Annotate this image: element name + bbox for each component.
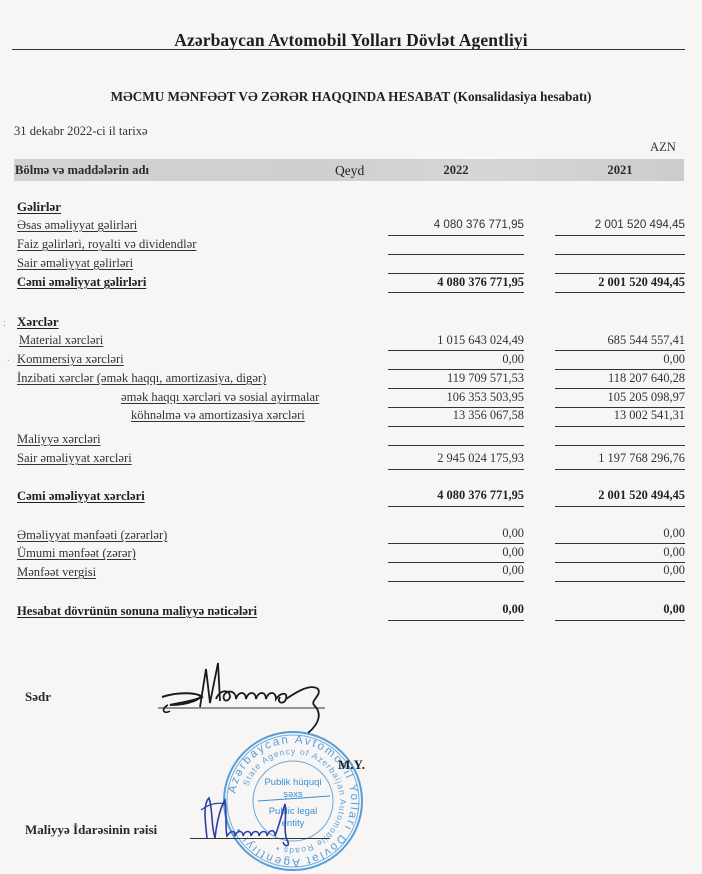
underline (388, 254, 524, 255)
title-divider (12, 49, 685, 50)
organization-title: Azərbaycan Avtomobil Yolları Dövlət Agen… (0, 30, 702, 51)
column-header-note: Qeyd (335, 163, 364, 179)
value-2022: 1 015 643 024,49 (388, 333, 524, 348)
chairman-label: Sədr (25, 689, 51, 705)
chairman-signature (150, 655, 340, 735)
underline (555, 581, 685, 582)
value-2022: 2 945 024 175,93 (388, 451, 524, 466)
finance-head-label: Maliyyə İdarəsinin rəisi (25, 822, 157, 838)
row-label: İnzibati xərclər (əmək haqqı, amortizasi… (17, 371, 266, 386)
section-heading-income: Gəlirlər (17, 199, 61, 215)
value-2022: 4 080 376 771,95 (388, 488, 524, 503)
value-2021: 105 205 098,97 (555, 390, 685, 405)
section-heading-expenses: Xərclər (17, 314, 59, 330)
underline (555, 273, 685, 274)
row-label: Sair əməliyyat gəlirləri (17, 256, 133, 271)
value-2021: 2 001 520 494,45 (555, 488, 685, 503)
row-label: Cəmi əməliyyat xərcləri (17, 489, 145, 504)
underline (555, 388, 685, 389)
column-header-2021: 2021 (555, 163, 685, 178)
row-label: əmək haqqı xərcləri və sosial ayirmalar (121, 390, 319, 405)
underline (555, 543, 685, 544)
underline (388, 426, 524, 427)
row-label: Maliyyə xərcləri (17, 432, 101, 447)
underline (388, 388, 524, 389)
row-label: köhnəlmə və amortizasiya xərcləri (131, 408, 305, 423)
value-2022: 13 356 067,58 (388, 408, 524, 423)
value-2021: 0,00 (555, 563, 685, 578)
value-2022: 4 080 376 771,95 (388, 275, 524, 290)
value-2021: 13 002 541,31 (555, 408, 685, 423)
underline (555, 426, 685, 427)
stamp-text-line1: Publik hüquqi (264, 777, 321, 788)
value-2022: 0,00 (388, 563, 524, 578)
underline (388, 350, 524, 351)
value-2022: 119 709 571,53 (388, 371, 524, 386)
column-header-name: Bölmə və maddələrin adı (15, 163, 149, 178)
underline (388, 235, 524, 236)
underline (388, 369, 524, 370)
row-label: Ümumi mənfəət (zərər) (17, 546, 136, 561)
value-2022: 4 080 376 771,95 (388, 218, 524, 231)
value-2022: 0,00 (388, 602, 524, 617)
underline (388, 445, 524, 446)
row-label: Cəmi əməliyyat gəlirləri (17, 275, 146, 290)
underline (388, 273, 524, 274)
value-2021: 0,00 (555, 352, 685, 367)
underline (388, 620, 524, 621)
value-2022: 106 353 503,95 (388, 390, 524, 405)
underline (555, 620, 685, 621)
currency-label: AZN (650, 140, 676, 155)
row-label: Əsas əməliyyat gəlirləri (17, 218, 137, 233)
report-title: MƏCMU MƏNFƏƏT VƏ ZƏRƏR HAQQINDA HESABAT … (0, 89, 702, 105)
value-2021: 685 544 557,41 (555, 333, 685, 348)
row-label: Sair əməliyyat xərcləri (17, 451, 132, 466)
underline (388, 506, 524, 507)
underline (555, 445, 685, 446)
margin-mark: . (7, 353, 10, 364)
value-2021: 2 001 520 494,45 (555, 275, 685, 290)
underline (555, 254, 685, 255)
underline (388, 469, 524, 470)
row-label: Material xərcləri (19, 333, 103, 348)
value-2022: 0,00 (388, 526, 524, 541)
underline (388, 543, 524, 544)
underline (555, 235, 685, 236)
value-2021: 1 197 768 296,76 (555, 451, 685, 466)
row-label: Əməliyyat mənfəəti (zərərlər) (17, 528, 167, 543)
row-label: Faiz gəlirləri, royalti və dividendlər (17, 237, 196, 252)
value-2021: 0,00 (555, 526, 685, 541)
underline (555, 350, 685, 351)
row-label: Hesabat dövrünün sonuna maliyyə nəticələ… (17, 604, 257, 619)
finance-head-signature (195, 790, 305, 850)
report-date: 31 dekabr 2022-ci il tarixə (14, 124, 148, 139)
column-header-2022: 2022 (388, 163, 524, 178)
value-2021: 2 001 520 494,45 (555, 218, 685, 231)
underline (555, 506, 685, 507)
seal-label: M.Y. (338, 757, 365, 773)
margin-mark: : (3, 318, 6, 329)
row-label: Mənfəət vergisi (17, 565, 96, 580)
value-2021: 0,00 (555, 602, 685, 617)
underline (555, 292, 685, 293)
value-2022: 0,00 (388, 352, 524, 367)
value-2022: 0,00 (388, 545, 524, 560)
underline (388, 581, 524, 582)
underline (555, 369, 685, 370)
underline (555, 469, 685, 470)
underline (388, 292, 524, 293)
row-label: Kommersiya xərcləri (17, 352, 124, 367)
value-2021: 0,00 (555, 545, 685, 560)
value-2021: 118 207 640,28 (555, 371, 685, 386)
